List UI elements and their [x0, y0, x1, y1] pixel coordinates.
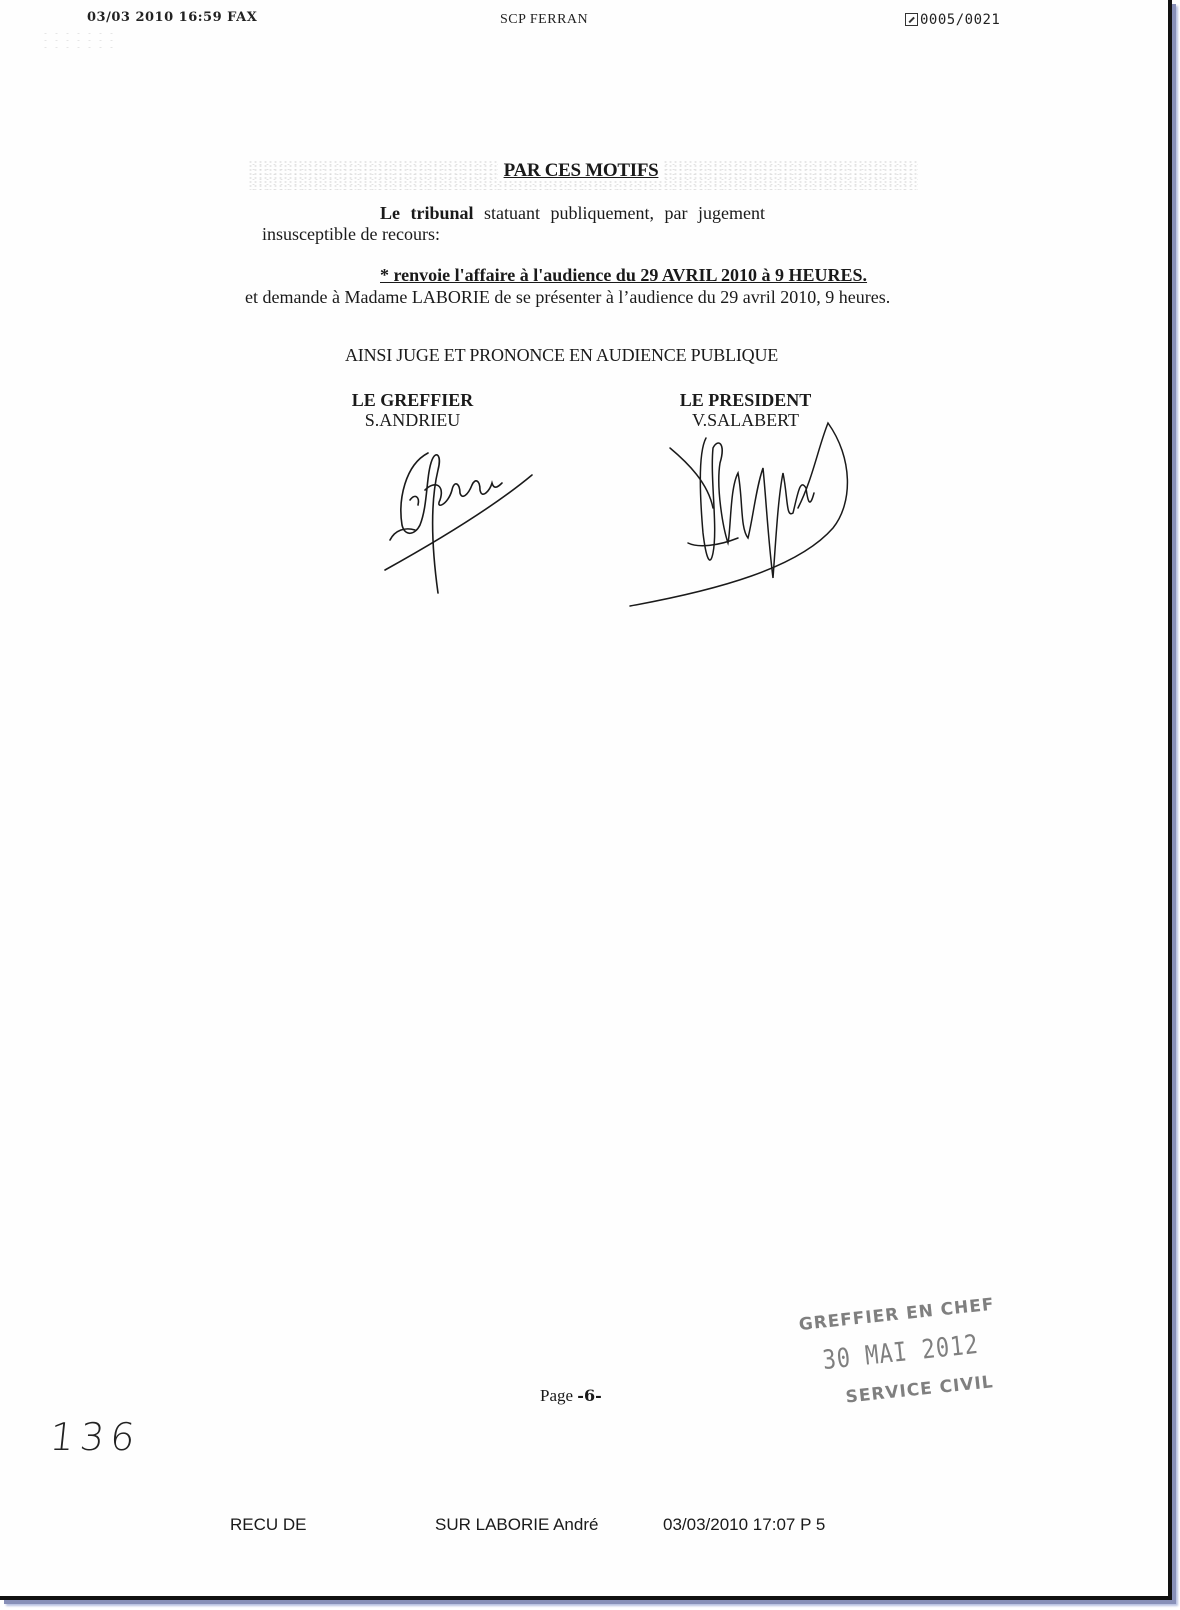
page-number: Page -6- — [540, 1386, 602, 1406]
greffier-signature-icon — [380, 445, 540, 600]
document-page: 03/03 2010 16:59 FAX SCP FERRAN 0005/002… — [0, 0, 1172, 1600]
handwritten-page-number: 136 — [48, 1415, 143, 1459]
fax-header: 03/03 2010 16:59 FAX SCP FERRAN 0005/002… — [0, 10, 1168, 34]
fax-page-counter: 0005/0021 — [905, 12, 1000, 28]
signatory-name: S.ANDRIEU — [340, 410, 485, 430]
fax-received-label: RECU DE — [230, 1515, 307, 1535]
president-signature-icon — [628, 418, 858, 613]
intro-line1: statuant publiquement, par jugement — [484, 203, 765, 223]
stamp-service: SERVICE CIVIL — [819, 1369, 1020, 1410]
court-clerk-stamp: GREFFIER EN CHEF 30 MAI 2012 SERVICE CIV… — [780, 1281, 1020, 1413]
closing-statement: AINSI JUGE ET PRONONCE EN AUDIENCE PUBLI… — [345, 345, 778, 366]
page-number-value: -6- — [577, 1386, 601, 1405]
signatory-greffier: LE GREFFIER S.ANDRIEU — [340, 390, 485, 430]
intro-paragraph: Le tribunal statuant publiquement, par j… — [262, 203, 822, 245]
signatory-role: LE PRESIDENT — [668, 390, 823, 410]
fax-received-timestamp: 03/03/2010 17:07 P 5 — [663, 1515, 825, 1535]
fax-sender: SCP FERRAN — [500, 12, 588, 28]
fax-timestamp: 03/03 2010 16:59 FAX — [87, 10, 257, 25]
fax-recipient: SUR LABORIE André — [435, 1515, 598, 1535]
fax-page-icon — [905, 13, 918, 26]
decision-text: * renvoie l'affaire à l'audience du 29 A… — [380, 265, 867, 286]
page-label: Page — [540, 1386, 573, 1405]
intro-line2: insusceptible de recours: — [262, 224, 440, 244]
section-heading: PAR CES MOTIFS — [0, 160, 1168, 182]
request-paragraph: et demande à Madame LABORIE de se présen… — [245, 287, 895, 308]
signatory-role: LE GREFFIER — [340, 390, 485, 410]
stamp-date: 30 MAI 2012 — [785, 1326, 1017, 1380]
fax-page-counter-text: 0005/0021 — [920, 12, 1000, 28]
intro-subject: Le tribunal — [380, 203, 474, 223]
